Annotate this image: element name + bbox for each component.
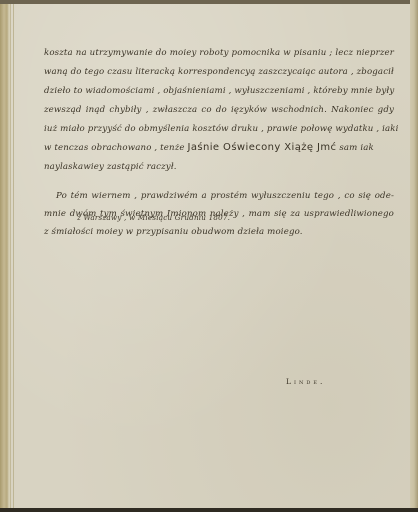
text-line: z śmiałości moiey w przypisaniu obudwom … (44, 224, 394, 240)
text-line-start: w tenczas obrachowano , tenże (44, 143, 185, 153)
text-line: naylaskawiey zastąpić raczył. (44, 159, 394, 175)
text-line: Po tém wiernem , prawdziwém a prostém wy… (44, 188, 394, 204)
text-line: iuż miało przyyść do obmyślenia kosztów … (44, 121, 394, 137)
honorific-title: Jaśnie Oświecony Xiążę Jmć (188, 142, 337, 153)
scan-right-edge (410, 0, 418, 512)
scan-bottom-edge (0, 508, 418, 512)
text-line-with-title: w tenczas obrachowano , tenże Jaśnie Ośw… (44, 140, 374, 156)
text-line-end: sam iak (339, 143, 374, 153)
author-signature: Linde. (286, 377, 325, 386)
text-line: dzieło to wiadomościami , objaśnieniami … (44, 83, 394, 99)
text-line: waną do tego czasu literacką korresponde… (44, 64, 394, 80)
dateline: z Warszawy , w Miesiącu Grudniu 1807. (77, 213, 230, 222)
text-line: koszta na utrzymywanie do moiey roboty p… (44, 45, 394, 61)
page-gutter-line (13, 4, 14, 508)
text-line: zewsząd inąd chybiły , zwłaszcza co do i… (44, 102, 394, 118)
